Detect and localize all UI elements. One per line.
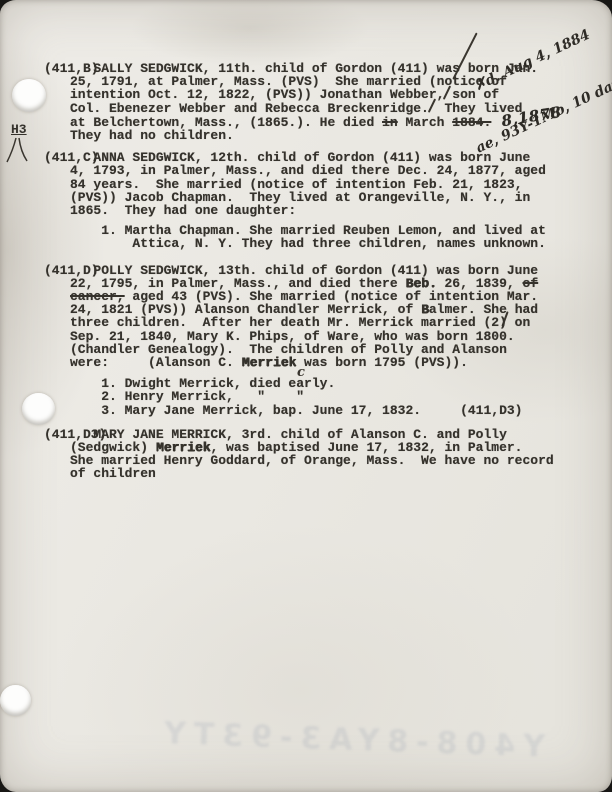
struck-through-text: in [382,115,398,130]
text-line: at Belchertown, Mass., (1865.). He died … [70,115,575,129]
struck-through-text: 1884. [452,115,491,130]
typed-text: 1865. They had one daughter: [70,203,296,218]
text-line: 1865. They had one daughter: [70,204,575,217]
paper-sheet: ✗d. Aug 4, 1884 ae, 93Y-1Mo, 10 day H3 c… [0,0,612,792]
document-sublist: 1. Dwight Merrick, died early. 2. Henry … [70,377,575,417]
text-line: Col. Ebenezer Webber and Rebecca Brecken… [70,102,575,115]
typed-text: March [398,115,453,130]
scanned-document-canvas: ✗d. Aug 4, 1884 ae, 93Y-1Mo, 10 day H3 c… [0,0,612,792]
typed-text: was born 1795 (PVS)). [296,355,468,370]
typewritten-text-body: (411,B) SALLY SEDGWICK, 11th. child of G… [70,62,575,481]
document-section: (411,C) ANNA SEDGWICK, 12th. child of Go… [70,151,575,217]
typed-text: Attica, N. Y. They had three children, n… [70,236,546,251]
typed-text: 3. Mary Jane Merrick, bap. June 17, 1832… [70,403,522,418]
text-line: Attica, N. Y. They had three children, n… [70,237,575,250]
section-label: (411,B) [44,62,99,75]
typed-text [491,115,499,130]
section-label: (411,D) [44,264,99,277]
text-line: of children [70,467,575,480]
typed-text: were: (Alanson C. [70,355,242,370]
document-section: (411,B) SALLY SEDGWICK, 11th. child of G… [70,62,575,142]
punch-hole-middle [22,393,55,425]
margin-code-label: H3 [11,122,27,137]
text-line: were: (Alanson C. Merriek was born 1795 … [70,356,575,369]
ink-bleed-through-text: Y408-8YA3-93TY [115,715,546,765]
text-line: 3. Mary Jane Merrick, bap. June 17, 1832… [70,404,575,417]
document-sublist: 1. Martha Chapman. She married Reuben Le… [70,224,575,250]
typed-text: They had no children. [70,128,234,143]
section-label: (411,C) [44,151,99,164]
section-label: (411,D3) [44,428,106,441]
punch-hole-top [12,79,46,112]
text-line: They had no children. [70,129,575,142]
document-section: (411,D3) MARY JANE MERRICK, 3rd. child o… [70,428,575,481]
typed-text: of children [70,466,156,481]
overtyped-text: Merriek [242,355,297,370]
punch-hole-bottom [0,685,31,716]
document-section: (411,D) POLLY SEDGWICK, 13th. child of G… [70,264,575,370]
typed-text: Col. Ebenezer Webber and Rebecca Brecken… [70,101,522,116]
handwritten-caret-mark [6,136,30,163]
